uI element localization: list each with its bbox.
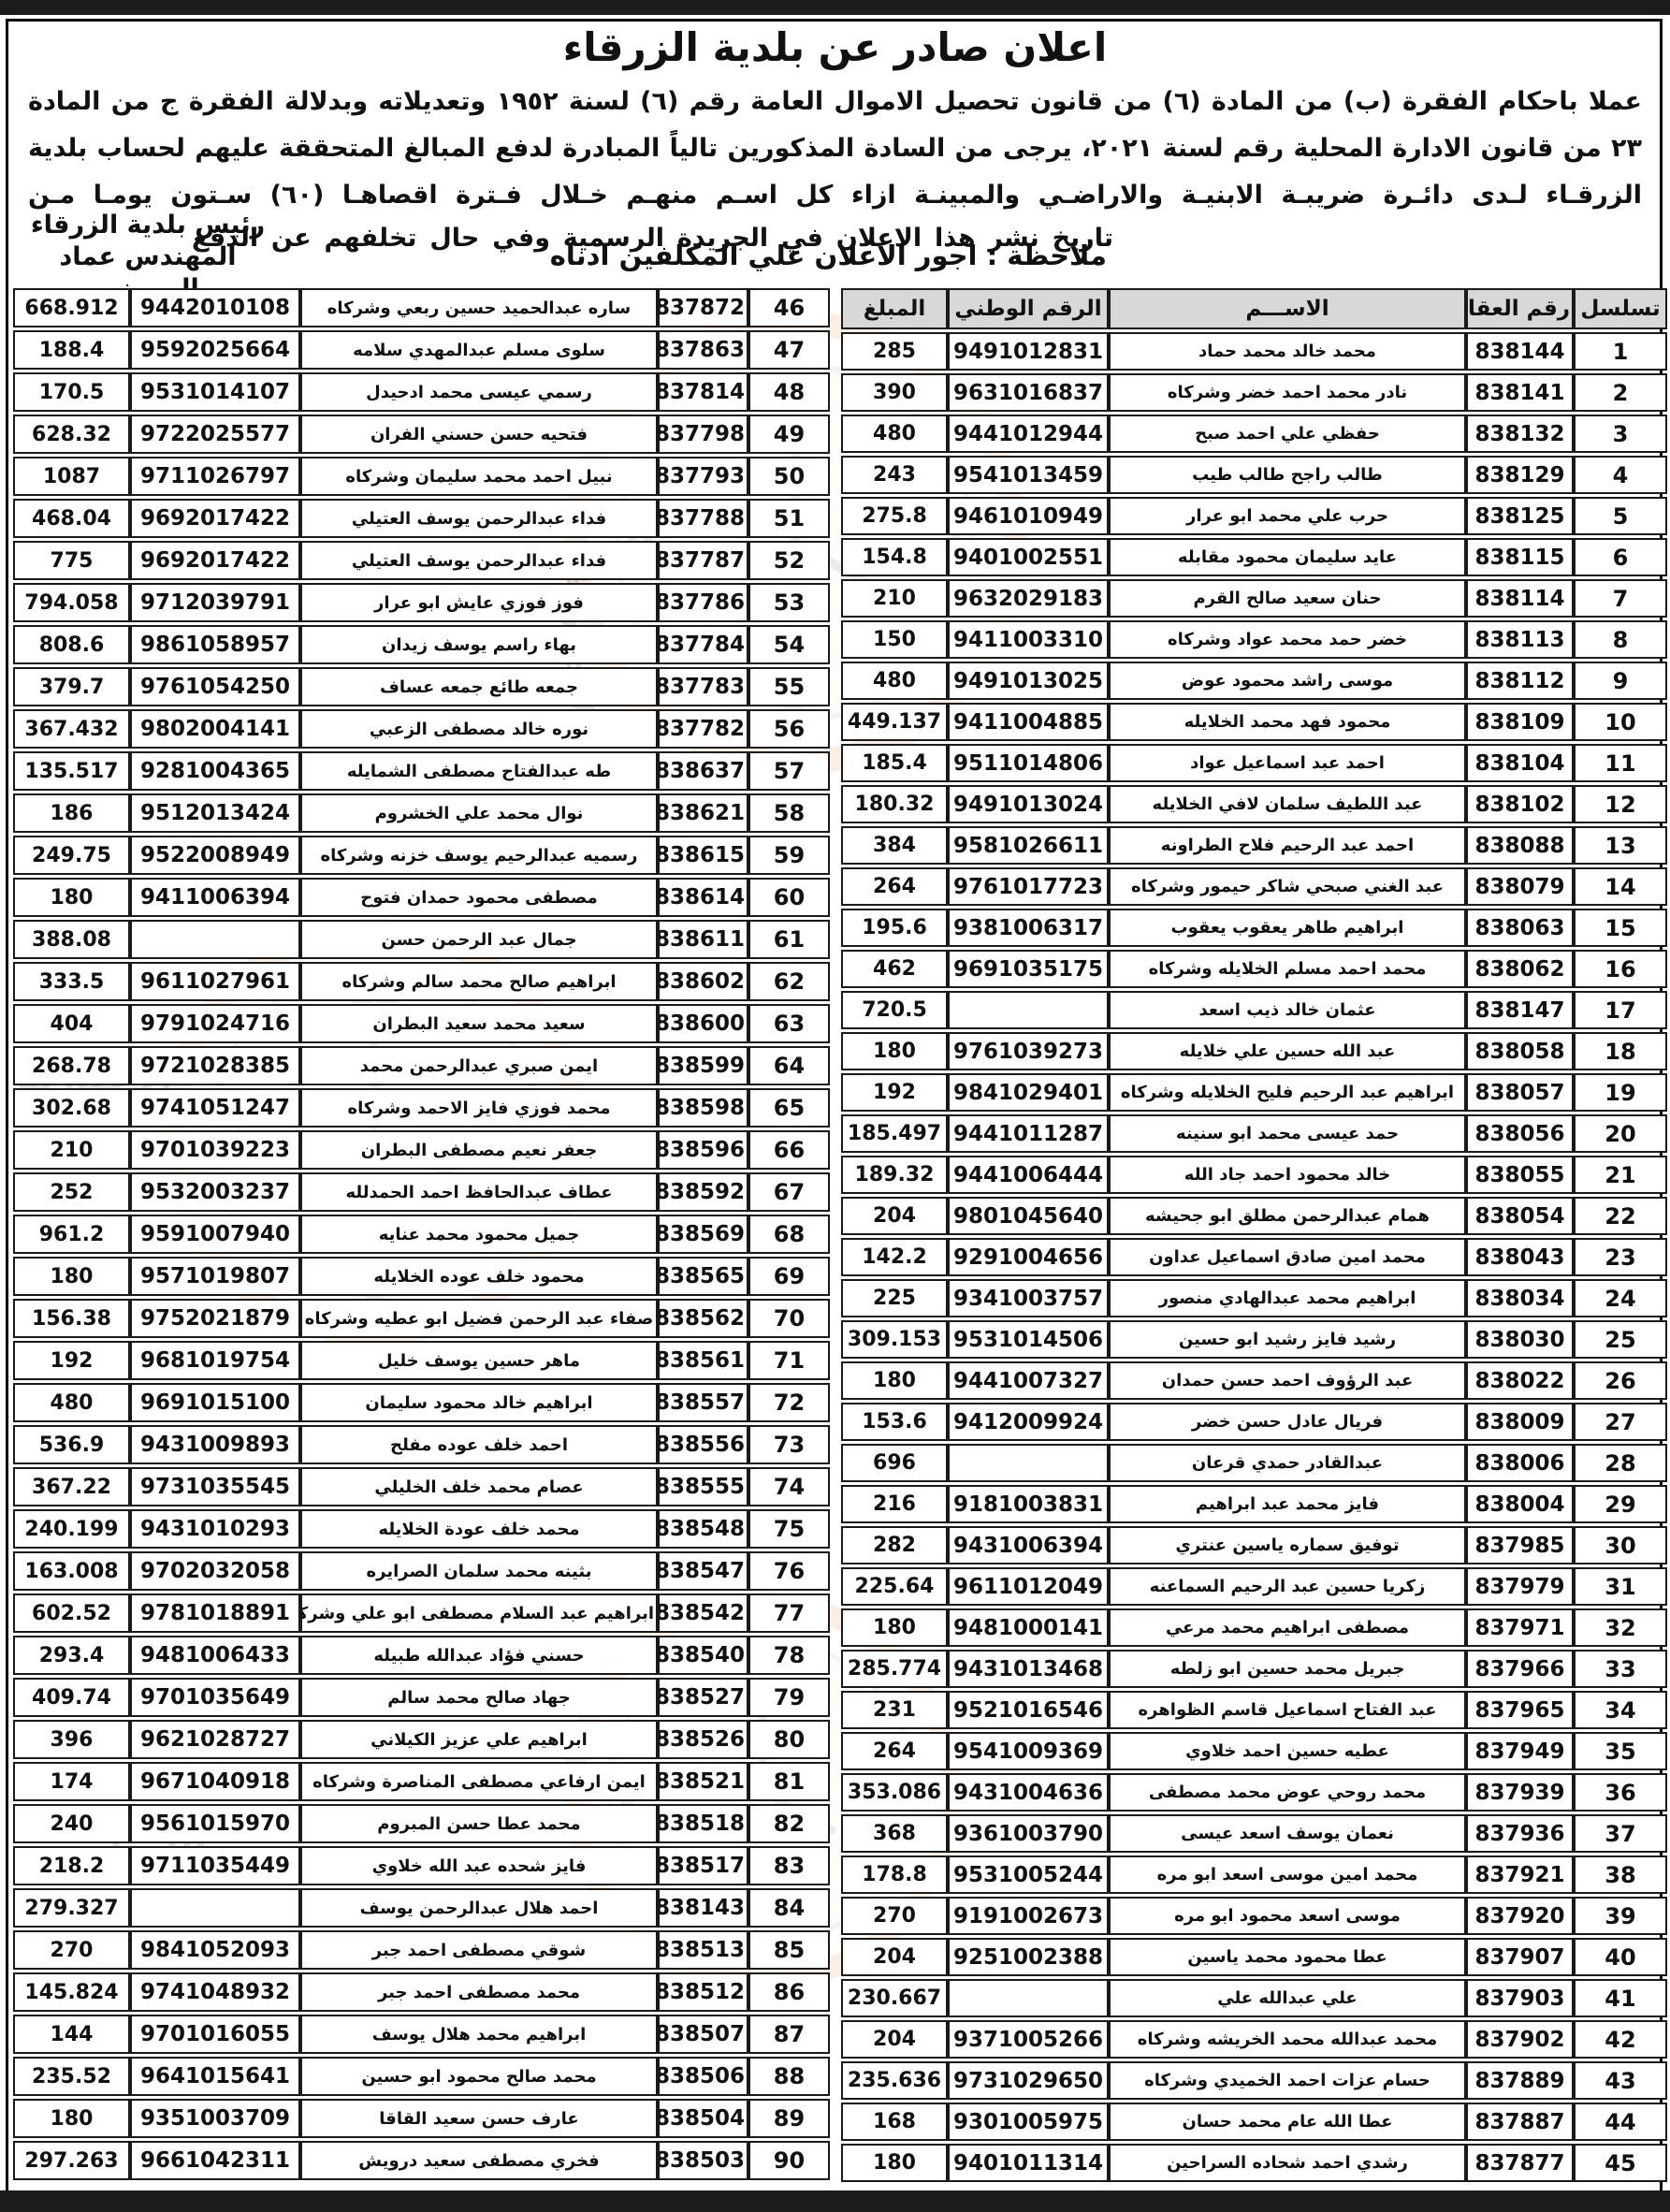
cell-name: حمد عيسى محمد ابو سنينه — [1109, 1114, 1466, 1153]
cell-serial: 65 — [748, 1088, 830, 1128]
cell-serial: 9 — [1574, 662, 1667, 700]
table-row: 41837903علي عبدالله علي230.667 — [841, 1979, 1667, 2017]
cell-amount: 142.2 — [841, 1238, 948, 1276]
cell-name: زكريا حسين عبد الرحيم السماعنه — [1109, 1567, 1466, 1606]
cell-property: 838526 — [658, 1720, 748, 1759]
cell-property: 838611 — [658, 920, 748, 959]
cell-property: 838518 — [658, 1804, 748, 1843]
table-row: 51837788فداء عبدالرحمن يوسف العتيلي96920… — [13, 499, 830, 538]
cell-amount: 367.22 — [13, 1467, 130, 1506]
table-row: 25838030رشيد فايز رشيد ابو حسين953101450… — [841, 1320, 1667, 1359]
table-row: 1838144محمد خالد محمد حماد9491012831285 — [841, 332, 1667, 371]
cell-serial: 20 — [1574, 1114, 1667, 1153]
cell-serial: 46 — [748, 288, 830, 327]
cell-serial: 89 — [748, 2099, 830, 2138]
cell-property: 838637 — [658, 751, 748, 791]
cell-amount: 249.75 — [13, 836, 130, 875]
cell-property: 837788 — [658, 499, 748, 538]
cell-amount: 808.6 — [13, 625, 130, 664]
cell-amount: 367.432 — [13, 709, 130, 749]
cell-serial: 35 — [1574, 1732, 1667, 1770]
cell-amount: 404 — [13, 1004, 130, 1043]
cell-property: 838043 — [1466, 1238, 1574, 1276]
table-row: 75838548محمد خلف عودة الخلايله9431010293… — [13, 1509, 830, 1549]
cell-serial: 32 — [1574, 1608, 1667, 1647]
cell-amount: 252 — [13, 1172, 130, 1212]
table-row: 87838507ابراهيم محمد هلال يوسف9701016055… — [13, 2015, 830, 2054]
table-row: 8838113خضر حمد محمد عواد وشركاه941100331… — [841, 620, 1667, 659]
cell-national: 9481000141 — [948, 1608, 1109, 1647]
cell-property: 838054 — [1466, 1197, 1574, 1235]
cell-national — [948, 991, 1109, 1029]
cell-serial: 57 — [748, 751, 830, 791]
cell-name: رسميه عبدالرحيم يوسف خزنه وشركاه — [300, 836, 658, 875]
cell-serial: 68 — [748, 1215, 830, 1254]
cell-national: 9341003757 — [948, 1279, 1109, 1317]
cell-amount: 174 — [13, 1762, 130, 1801]
cell-serial: 85 — [748, 1930, 830, 1970]
page-title: اعلان صادر عن بلدية الزرقاء — [0, 24, 1670, 70]
cell-serial: 12 — [1574, 785, 1667, 823]
paragraph-line-3: الزرقـاء لـدى دائـرة ضريبـة الابنيـة وال… — [28, 172, 1642, 219]
cell-national: 9702032058 — [130, 1551, 300, 1591]
cell-national: 9701035649 — [130, 1678, 300, 1717]
taxpayers-table-right: تسلسل رقم العقار الاســـم الرقم الوطني ا… — [841, 285, 1667, 2185]
cell-serial: 62 — [748, 962, 830, 1001]
cell-property: 838113 — [1466, 620, 1574, 659]
table-row: 20838056حمد عيسى محمد ابو سنينه944101128… — [841, 1114, 1667, 1153]
cell-property: 837784 — [658, 625, 748, 664]
cell-national: 9461010949 — [948, 497, 1109, 535]
cell-amount: 195.6 — [841, 909, 948, 947]
table-row: 78838540حسني فؤاد عبدالله طبيله948100643… — [13, 1636, 830, 1675]
cell-national: 9431004636 — [948, 1773, 1109, 1812]
cell-property: 838565 — [658, 1257, 748, 1296]
cell-amount: 409.74 — [13, 1678, 130, 1717]
table-row: 61838611جمال عبد الرحمن حسن388.08 — [13, 920, 830, 959]
cell-amount: 180 — [13, 2099, 130, 2138]
cell-amount: 270 — [841, 1897, 948, 1935]
cell-amount: 480 — [841, 415, 948, 453]
cell-property: 838512 — [658, 1972, 748, 2012]
cell-national: 9841029401 — [948, 1073, 1109, 1112]
table-row: 12838102عبد اللطيف سلمان لافي الخلايله94… — [841, 785, 1667, 823]
cell-name: سعيد محمد سعيد البطران — [300, 1004, 658, 1043]
table-row: 31837979زكريا حسين عبد الرحيم السماعنه96… — [841, 1567, 1667, 1606]
cell-name: جعفر نعيم مصطفى البطران — [300, 1130, 658, 1170]
cell-amount: 240.199 — [13, 1509, 130, 1549]
cell-amount: 235.636 — [841, 2061, 948, 2100]
cell-property: 837971 — [1466, 1608, 1574, 1647]
cell-national: 9532003237 — [130, 1172, 300, 1212]
cell-name: حسني فؤاد عبدالله طبيله — [300, 1636, 658, 1675]
table-row: 73838556احمد خلف عوده مفلح9431009893536.… — [13, 1425, 830, 1464]
table-row: 49837798فتحيه حسن حسني الفران97220255776… — [13, 415, 830, 454]
cell-property: 837966 — [1466, 1650, 1574, 1688]
cell-name: فايز محمد عبد ابراهيم — [1109, 1485, 1466, 1523]
cell-national: 9741048932 — [130, 1972, 300, 2012]
table-header-row: تسلسل رقم العقار الاســـم الرقم الوطني ا… — [841, 288, 1667, 329]
cell-name: موسى اسعد محمود ابو مره — [1109, 1897, 1466, 1935]
cell-name: علي عبدالله علي — [1109, 1979, 1466, 2017]
announcement-page: 12 3 6 9 12 3 6 9 12 3 6 9 الاخبارية — [0, 0, 1670, 2212]
cell-serial: 7 — [1574, 579, 1667, 618]
cell-national: 9181003831 — [948, 1485, 1109, 1523]
cell-serial: 3 — [1574, 415, 1667, 453]
cell-property: 838141 — [1466, 373, 1574, 412]
cell-name: حسام عزات احمد الخميدي وشركاه — [1109, 2061, 1466, 2100]
cell-name: صفاء عبد الرحمن فضيل ابو عطيه وشركاه — [300, 1299, 658, 1338]
table-row: 13838088احمد عبد الرحيم فلاح الطراونه958… — [841, 826, 1667, 865]
table-row: 38837921محمد امين موسى اسعد ابو مره95310… — [841, 1855, 1667, 1894]
cell-amount: 536.9 — [13, 1425, 130, 1464]
cell-property: 837782 — [658, 709, 748, 749]
cell-serial: 70 — [748, 1299, 830, 1338]
cell-national: 9661042311 — [130, 2141, 300, 2180]
cell-national: 9581026611 — [948, 826, 1109, 865]
table-row: 27838009فريال عادل حسن خضر9412009924153.… — [841, 1403, 1667, 1441]
cell-name: محمد امين صادق اسماعيل عداون — [1109, 1238, 1466, 1276]
table-row: 48837814رسمي عيسى محمد ادحيدل95310141071… — [13, 372, 830, 412]
cell-property: 838030 — [1466, 1320, 1574, 1359]
cell-serial: 38 — [1574, 1855, 1667, 1894]
cell-name: خضر حمد محمد عواد وشركاه — [1109, 620, 1466, 659]
cell-name: عطا الله عام محمد حسان — [1109, 2103, 1466, 2141]
table-row: 55837783جمعه طائع جمعه عساف9761054250379… — [13, 667, 830, 706]
cell-serial: 15 — [1574, 909, 1667, 947]
cell-national: 9692017422 — [130, 541, 300, 580]
cell-property: 837902 — [1466, 2020, 1574, 2059]
cell-national: 9701039223 — [130, 1130, 300, 1170]
cell-national: 9301005975 — [948, 2103, 1109, 2141]
table-row: 21838055خالد محمود احمد جاد الله94410064… — [841, 1156, 1667, 1194]
cell-property: 837921 — [1466, 1855, 1574, 1894]
table-row: 6838115عايد سليمان محمود مقابله940100255… — [841, 538, 1667, 576]
table-row: 29838004فايز محمد عبد ابراهيم91810038312… — [841, 1485, 1667, 1523]
cell-national: 9491012831 — [948, 332, 1109, 371]
cell-national: 9441007327 — [948, 1361, 1109, 1400]
cell-property: 838144 — [1466, 332, 1574, 371]
cell-property: 838006 — [1466, 1444, 1574, 1482]
table-row: 57838637طه عبدالفتاح مصطفى الشمايله92810… — [13, 751, 830, 791]
table-row: 28838006عبدالقادر حمدي قرعان696 — [841, 1444, 1667, 1482]
cell-amount: 204 — [841, 1938, 948, 1976]
cell-serial: 73 — [748, 1425, 830, 1464]
cell-serial: 21 — [1574, 1156, 1667, 1194]
cell-name: ابراهيم عبد السلام مصطفى ابو علي وشركاه — [300, 1594, 658, 1633]
cell-serial: 55 — [748, 667, 830, 706]
cell-property: 838079 — [1466, 867, 1574, 906]
cell-property: 838521 — [658, 1762, 748, 1801]
table-row: 71838561ماهر حسين يوسف خليل9681019754192 — [13, 1341, 830, 1380]
cell-serial: 6 — [1574, 538, 1667, 576]
cell-property: 838125 — [1466, 497, 1574, 535]
cell-national: 9291004656 — [948, 1238, 1109, 1276]
cell-name: موسى راشد محمود عوض — [1109, 662, 1466, 700]
table-row: 58838621نوال محمد علي الخشروم95120134241… — [13, 793, 830, 833]
cell-national: 9511014806 — [948, 744, 1109, 782]
cell-name: عصام محمد خلف الخليلي — [300, 1467, 658, 1506]
cell-serial: 42 — [1574, 2020, 1667, 2059]
cell-serial: 11 — [1574, 744, 1667, 782]
cell-serial: 26 — [1574, 1361, 1667, 1400]
cell-property: 838055 — [1466, 1156, 1574, 1194]
cell-national: 9251002388 — [948, 1938, 1109, 1976]
cell-national: 9781018891 — [130, 1594, 300, 1633]
cell-name: ابراهيم محمد عبدالهادي منصور — [1109, 1279, 1466, 1317]
cell-name: نبيل احمد محمد سليمان وشركاه — [300, 457, 658, 496]
cell-national: 9512013424 — [130, 793, 300, 833]
cell-serial: 80 — [748, 1720, 830, 1759]
cell-name: طه عبدالفتاح مصطفى الشمايله — [300, 751, 658, 791]
table-row: 16838062محمد احمد مسلم الخلايله وشركاه96… — [841, 950, 1667, 988]
cell-property: 838548 — [658, 1509, 748, 1549]
cell-name: احمد هلال عبدالرحمن يوسف — [300, 1888, 658, 1928]
table-row: 10838109محمود فهد محمد الخلايله941100488… — [841, 703, 1667, 741]
cell-national: 9741051247 — [130, 1088, 300, 1128]
cell-amount: 218.2 — [13, 1846, 130, 1885]
cell-amount: 225.64 — [841, 1567, 948, 1606]
cell-property: 838056 — [1466, 1114, 1574, 1153]
scan-top-bar — [0, 0, 1670, 15]
cell-serial: 10 — [1574, 703, 1667, 741]
cell-serial: 50 — [748, 457, 830, 496]
cell-amount: 390 — [841, 373, 948, 412]
cell-amount: 135.517 — [13, 751, 130, 791]
cell-national: 9712039791 — [130, 583, 300, 622]
cell-serial: 25 — [1574, 1320, 1667, 1359]
cell-national: 9571019807 — [130, 1257, 300, 1296]
cell-property: 838556 — [658, 1425, 748, 1464]
cell-amount: 180 — [841, 2144, 948, 2182]
cell-amount: 180 — [841, 1361, 948, 1400]
cell-name: نوره خالد مصطفى الزعبي — [300, 709, 658, 749]
cell-serial: 81 — [748, 1762, 830, 1801]
cell-amount: 961.2 — [13, 1215, 130, 1254]
table-row: 5838125حرب علي محمد ابو عرار946101094927… — [841, 497, 1667, 535]
cell-serial: 22 — [1574, 1197, 1667, 1235]
cell-amount: 285 — [841, 332, 948, 371]
cell-serial: 90 — [748, 2141, 830, 2180]
cell-amount: 628.32 — [13, 415, 130, 454]
cell-property: 838057 — [1466, 1073, 1574, 1112]
cell-serial: 60 — [748, 878, 830, 917]
cell-name: عبدالقادر حمدي قرعان — [1109, 1444, 1466, 1482]
table-row: 42837902محمد عبدالله محمد الخريشه وشركاه… — [841, 2020, 1667, 2059]
cell-amount: 153.6 — [841, 1403, 948, 1441]
scan-bottom-bar — [0, 2190, 1670, 2212]
table-row: 66838596جعفر نعيم مصطفى البطران970103922… — [13, 1130, 830, 1170]
table-row: 59838615رسميه عبدالرحيم يوسف خزنه وشركاه… — [13, 836, 830, 875]
cell-amount: 180 — [13, 878, 130, 917]
fees-note: ملاحظة : اجور الاعلان علي المكلفين ادناه — [550, 240, 1107, 271]
cell-name: محمد عبدالله محمد الخريشه وشركاه — [1109, 2020, 1466, 2059]
cell-property: 837877 — [1466, 2144, 1574, 2182]
cell-name: فايز شحده عبد الله خلاوي — [300, 1846, 658, 1885]
cell-property: 838062 — [1466, 950, 1574, 988]
cell-property: 837814 — [658, 372, 748, 412]
cell-serial: 63 — [748, 1004, 830, 1043]
cell-name: محمد احمد مسلم الخلايله وشركاه — [1109, 950, 1466, 988]
cell-property: 837985 — [1466, 1526, 1574, 1564]
cell-amount: 333.5 — [13, 962, 130, 1001]
cell-national: 9592025664 — [130, 330, 300, 370]
table-row: 88838506محمد صالح محمود ابو حسين96410156… — [13, 2057, 830, 2096]
cell-national: 9351003709 — [130, 2099, 300, 2138]
cell-serial: 66 — [748, 1130, 830, 1170]
cell-serial: 5 — [1574, 497, 1667, 535]
cell-name: رشيد فايز رشيد ابو حسين — [1109, 1320, 1466, 1359]
cell-national: 9411006394 — [130, 878, 300, 917]
table-row: 72838557ابراهيم خالد محمود سليمان9691015… — [13, 1383, 830, 1422]
table-row: 22838054همام عبدالرحمن مطلق ابو جحيشه980… — [841, 1197, 1667, 1235]
cell-name: عطا محمود محمد ياسين — [1109, 1938, 1466, 1976]
cell-serial: 44 — [1574, 2103, 1667, 2141]
cell-property: 838557 — [658, 1383, 748, 1422]
legal-paragraph: عملا باحكام الفقرة (ب) من المادة (٦) من … — [28, 79, 1642, 219]
cell-serial: 23 — [1574, 1238, 1667, 1276]
cell-serial: 74 — [748, 1467, 830, 1506]
cell-amount: 231 — [841, 1691, 948, 1729]
cell-national: 9711026797 — [130, 457, 300, 496]
cell-national: 9521016546 — [948, 1691, 1109, 1729]
header-amount: المبلغ — [841, 288, 948, 329]
cell-property: 838109 — [1466, 703, 1574, 741]
cell-national: 9621028727 — [130, 1720, 300, 1759]
left-table-body: 46837872ساره عبدالحميد حسين ربعي وشركاه9… — [13, 288, 830, 2180]
table-row: 64838599ايمن صبري عبدالرحمن محمد97210283… — [13, 1046, 830, 1085]
cell-name: حرب علي محمد ابو عرار — [1109, 497, 1466, 535]
cell-national: 9431013468 — [948, 1650, 1109, 1688]
cell-name: عبد الله حسين علي خلايله — [1109, 1032, 1466, 1070]
cell-property: 837786 — [658, 583, 748, 622]
cell-property: 838115 — [1466, 538, 1574, 576]
cell-amount: 204 — [841, 1197, 948, 1235]
cell-name: فخري مصطفى سعيد درويش — [300, 2141, 658, 2180]
cell-name: جبريل محمد حسين ابو زلطه — [1109, 1650, 1466, 1688]
cell-name: فريال عادل حسن خضر — [1109, 1403, 1466, 1441]
table-row: 36837939محمد روحي عوض محمد مصطفى94310046… — [841, 1773, 1667, 1812]
table-row: 24838034ابراهيم محمد عبدالهادي منصور9341… — [841, 1279, 1667, 1317]
cell-property: 838147 — [1466, 991, 1574, 1029]
cell-national: 9631016837 — [948, 373, 1109, 412]
cell-name: بثينه محمد سلمان الصرايره — [300, 1551, 658, 1591]
cell-name: حفظي علي احمد صبح — [1109, 415, 1466, 453]
table-row: 39837920موسى اسعد محمود ابو مره919100267… — [841, 1897, 1667, 1935]
cell-name: احمد عبد الرحيم فلاح الطراونه — [1109, 826, 1466, 865]
cell-property: 838592 — [658, 1172, 748, 1212]
table-row: 37837936نعمان يوسف اسعد عيسى936100379036… — [841, 1814, 1667, 1853]
cell-property: 837787 — [658, 541, 748, 580]
cell-amount: 268.78 — [13, 1046, 130, 1085]
cell-national: 9441012944 — [948, 415, 1109, 453]
cell-property: 837903 — [1466, 1979, 1574, 2017]
cell-name: همام عبدالرحمن مطلق ابو جحيشه — [1109, 1197, 1466, 1235]
cell-name: محمد امين موسى اسعد ابو مره — [1109, 1855, 1466, 1894]
table-row: 18838058عبد الله حسين علي خلايله97610392… — [841, 1032, 1667, 1070]
cell-amount: 275.8 — [841, 497, 948, 535]
cell-amount: 185.4 — [841, 744, 948, 782]
cell-amount: 210 — [13, 1130, 130, 1170]
cell-name: جمال عبد الرحمن حسن — [300, 920, 658, 959]
cell-name: فتحيه حسن حسني الفران — [300, 415, 658, 454]
table-row: 40837907عطا محمود محمد ياسين925100238820… — [841, 1938, 1667, 1976]
cell-serial: 30 — [1574, 1526, 1667, 1564]
cell-amount: 668.912 — [13, 288, 130, 327]
cell-national: 9401002551 — [948, 538, 1109, 576]
cell-national: 9531014107 — [130, 372, 300, 412]
table-row: 15838063ابراهيم طاهر يعقوب يعقوب93810063… — [841, 909, 1667, 947]
cell-national: 9441006444 — [948, 1156, 1109, 1194]
cell-serial: 2 — [1574, 373, 1667, 412]
cell-national: 9731029650 — [948, 2061, 1109, 2100]
cell-serial: 45 — [1574, 2144, 1667, 2182]
cell-serial: 41 — [1574, 1979, 1667, 2017]
cell-amount: 468.04 — [13, 499, 130, 538]
cell-national: 9431009893 — [130, 1425, 300, 1464]
cell-amount: 144 — [13, 2015, 130, 2054]
table-row: 30837985توفيق سماره ياسين عنتري943100639… — [841, 1526, 1667, 1564]
cell-serial: 75 — [748, 1509, 830, 1549]
cell-amount: 285.774 — [841, 1650, 948, 1688]
cell-name: رسمي عيسى محمد ادحيدل — [300, 372, 658, 412]
cell-serial: 39 — [1574, 1897, 1667, 1935]
cell-property: 838517 — [658, 1846, 748, 1885]
table-row: 70838562صفاء عبد الرحمن فضيل ابو عطيه وش… — [13, 1299, 830, 1338]
cell-serial: 40 — [1574, 1938, 1667, 1976]
cell-national: 9541009369 — [948, 1732, 1109, 1770]
cell-amount: 163.008 — [13, 1551, 130, 1591]
cell-property: 837889 — [1466, 2061, 1574, 2100]
cell-amount: 297.263 — [13, 2141, 130, 2180]
cell-property: 838540 — [658, 1636, 748, 1675]
cell-name: احمد خلف عوده مفلح — [300, 1425, 658, 1464]
cell-property: 838129 — [1466, 456, 1574, 494]
cell-name: محمود فهد محمد الخلايله — [1109, 703, 1466, 741]
cell-serial: 24 — [1574, 1279, 1667, 1317]
cell-property: 838527 — [658, 1678, 748, 1717]
cell-property: 838058 — [1466, 1032, 1574, 1070]
table-row: 63838600سعيد محمد سعيد البطران9791024716… — [13, 1004, 830, 1043]
cell-amount: 145.824 — [13, 1972, 130, 2012]
cell-national: 9671040918 — [130, 1762, 300, 1801]
cell-serial: 61 — [748, 920, 830, 959]
cell-national: 9761017723 — [948, 867, 1109, 906]
cell-amount: 293.4 — [13, 1636, 130, 1675]
cell-amount: 462 — [841, 950, 948, 988]
taxpayers-table-left: 46837872ساره عبدالحميد حسين ربعي وشركاه9… — [13, 285, 830, 2183]
table-row: 32837971مصطفى ابراهيم محمد مرعي948100014… — [841, 1608, 1667, 1647]
cell-national: 9632029183 — [948, 579, 1109, 618]
cell-national: 9791024716 — [130, 1004, 300, 1043]
cell-amount: 154.8 — [841, 538, 948, 576]
cell-serial: 33 — [1574, 1650, 1667, 1688]
cell-property: 837949 — [1466, 1732, 1574, 1770]
cell-name: محمد خلف عودة الخلايله — [300, 1509, 658, 1549]
cell-national: 9611027961 — [130, 962, 300, 1001]
cell-national: 9692017422 — [130, 499, 300, 538]
cell-amount: 282 — [841, 1526, 948, 1564]
cell-serial: 67 — [748, 1172, 830, 1212]
cell-serial: 64 — [748, 1046, 830, 1085]
table-row: 86838512محمد مصطفى احمد جبر9741048932145… — [13, 1972, 830, 2012]
cell-property: 838615 — [658, 836, 748, 875]
table-row: 67838592عطاف عبدالحافظ احمد الحمدلله9532… — [13, 1172, 830, 1212]
cell-property: 838555 — [658, 1467, 748, 1506]
table-row: 85838513شوقي مصطفى احمد جبر9841052093270 — [13, 1930, 830, 1970]
cell-serial: 4 — [1574, 456, 1667, 494]
cell-property: 838022 — [1466, 1361, 1574, 1400]
